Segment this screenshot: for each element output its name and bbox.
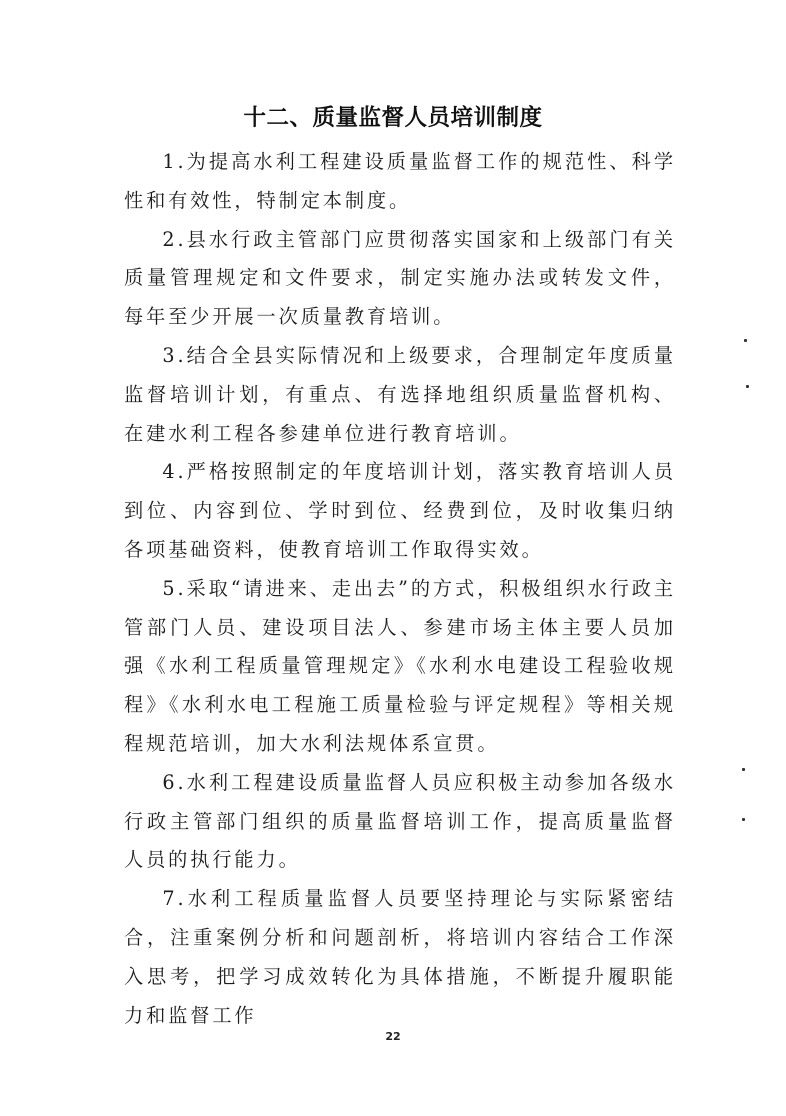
scan-speck [742, 818, 745, 821]
paragraph-text: 3.结合全县实际情况和上级要求，合理制定年度质量监督培训计划，有重点、有选择地组… [124, 344, 676, 445]
document-page: 十二、质量监督人员培训制度 1.为提高水利工程建设质量监督工作的规范性、科学性和… [0, 0, 786, 1116]
paragraph-text: 5.采取“请进来、走出去”的方式，积极组织水行政主管部门人员、建设项目法人、参建… [124, 577, 676, 755]
document-body: 1.为提高水利工程建设质量监督工作的规范性、科学性和有效性，特制定本制度。 2.… [124, 143, 676, 1035]
scan-speck [746, 385, 749, 388]
paragraph-6: 6.水利工程建设质量监督人员应积极主动参加各级水行政主管部门组织的质量监督培训工… [124, 764, 676, 880]
scan-speck [742, 768, 745, 771]
paragraph-text: 2.县水行政主管部门应贯彻落实国家和上级部门有关质量管理规定和文件要求，制定实施… [124, 228, 676, 329]
scan-speck [744, 339, 747, 342]
paragraph-text: 4.严格按照制定的年度培训计划，落实教育培训人员到位、内容到位、学时到位、经费到… [124, 460, 676, 561]
paragraph-5: 5.采取“请进来、走出去”的方式，积极组织水行政主管部门人员、建设项目法人、参建… [124, 570, 676, 764]
paragraph-text: 7.水利工程质量监督人员要坚持理论与实际紧密结合，注重案例分析和问题剖析，将培训… [124, 887, 676, 1026]
paragraph-4: 4.严格按照制定的年度培训计划，落实教育培训人员到位、内容到位、学时到位、经费到… [124, 453, 676, 569]
paragraph-3: 3.结合全县实际情况和上级要求，合理制定年度质量监督培训计划，有重点、有选择地组… [124, 337, 676, 453]
paragraph-1: 1.为提高水利工程建设质量监督工作的规范性、科学性和有效性，特制定本制度。 [124, 143, 676, 221]
paragraph-2: 2.县水行政主管部门应贯彻落实国家和上级部门有关质量管理规定和文件要求，制定实施… [124, 221, 676, 337]
paragraph-text: 1.为提高水利工程建设质量监督工作的规范性、科学性和有效性，特制定本制度。 [124, 150, 676, 212]
page-number: 22 [0, 1030, 786, 1043]
paragraph-text: 6.水利工程建设质量监督人员应积极主动参加各级水行政主管部门组织的质量监督培训工… [124, 771, 676, 872]
section-title: 十二、质量监督人员培训制度 [0, 100, 786, 132]
paragraph-7: 7.水利工程质量监督人员要坚持理论与实际紧密结合，注重案例分析和问题剖析，将培训… [124, 880, 676, 1035]
